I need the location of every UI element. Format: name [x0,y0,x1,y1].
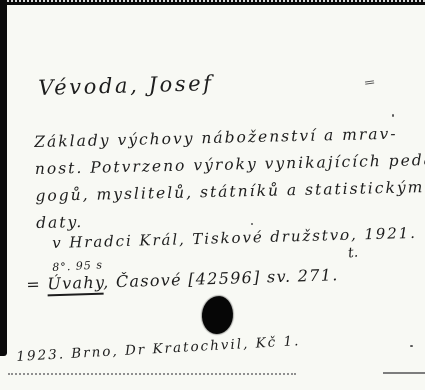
ruled-dotted-line-right [383,372,425,374]
annotation-mark: t. [347,245,359,262]
series-prefix: = [26,274,48,294]
author-heading: Vévoda, Josef [38,71,214,100]
ruled-dotted-line [8,373,296,375]
title-paragraph: Základy výchovy náboženství a mrav- nost… [34,120,425,237]
catalog-card-scan: = Vévoda, Josef Základy výchovy nábožens… [0,0,425,390]
ink-blot [200,294,235,335]
corner-pencil-mark: = [363,75,377,90]
format-pagination-note: 8°. 95 s [52,258,103,274]
accession-note: 1923. Brno, Dr Kratochvil, Kč 1. [16,333,301,365]
scan-edge-left [0,0,7,356]
scan-speck [392,114,394,117]
series-rest: , Časové [42596] sv. 271. [103,265,339,291]
scan-speck [410,345,413,347]
scan-edge-top [0,0,425,5]
scan-speck [340,238,342,240]
series-name: Úvahy [47,273,103,297]
scan-speck [251,223,253,225]
